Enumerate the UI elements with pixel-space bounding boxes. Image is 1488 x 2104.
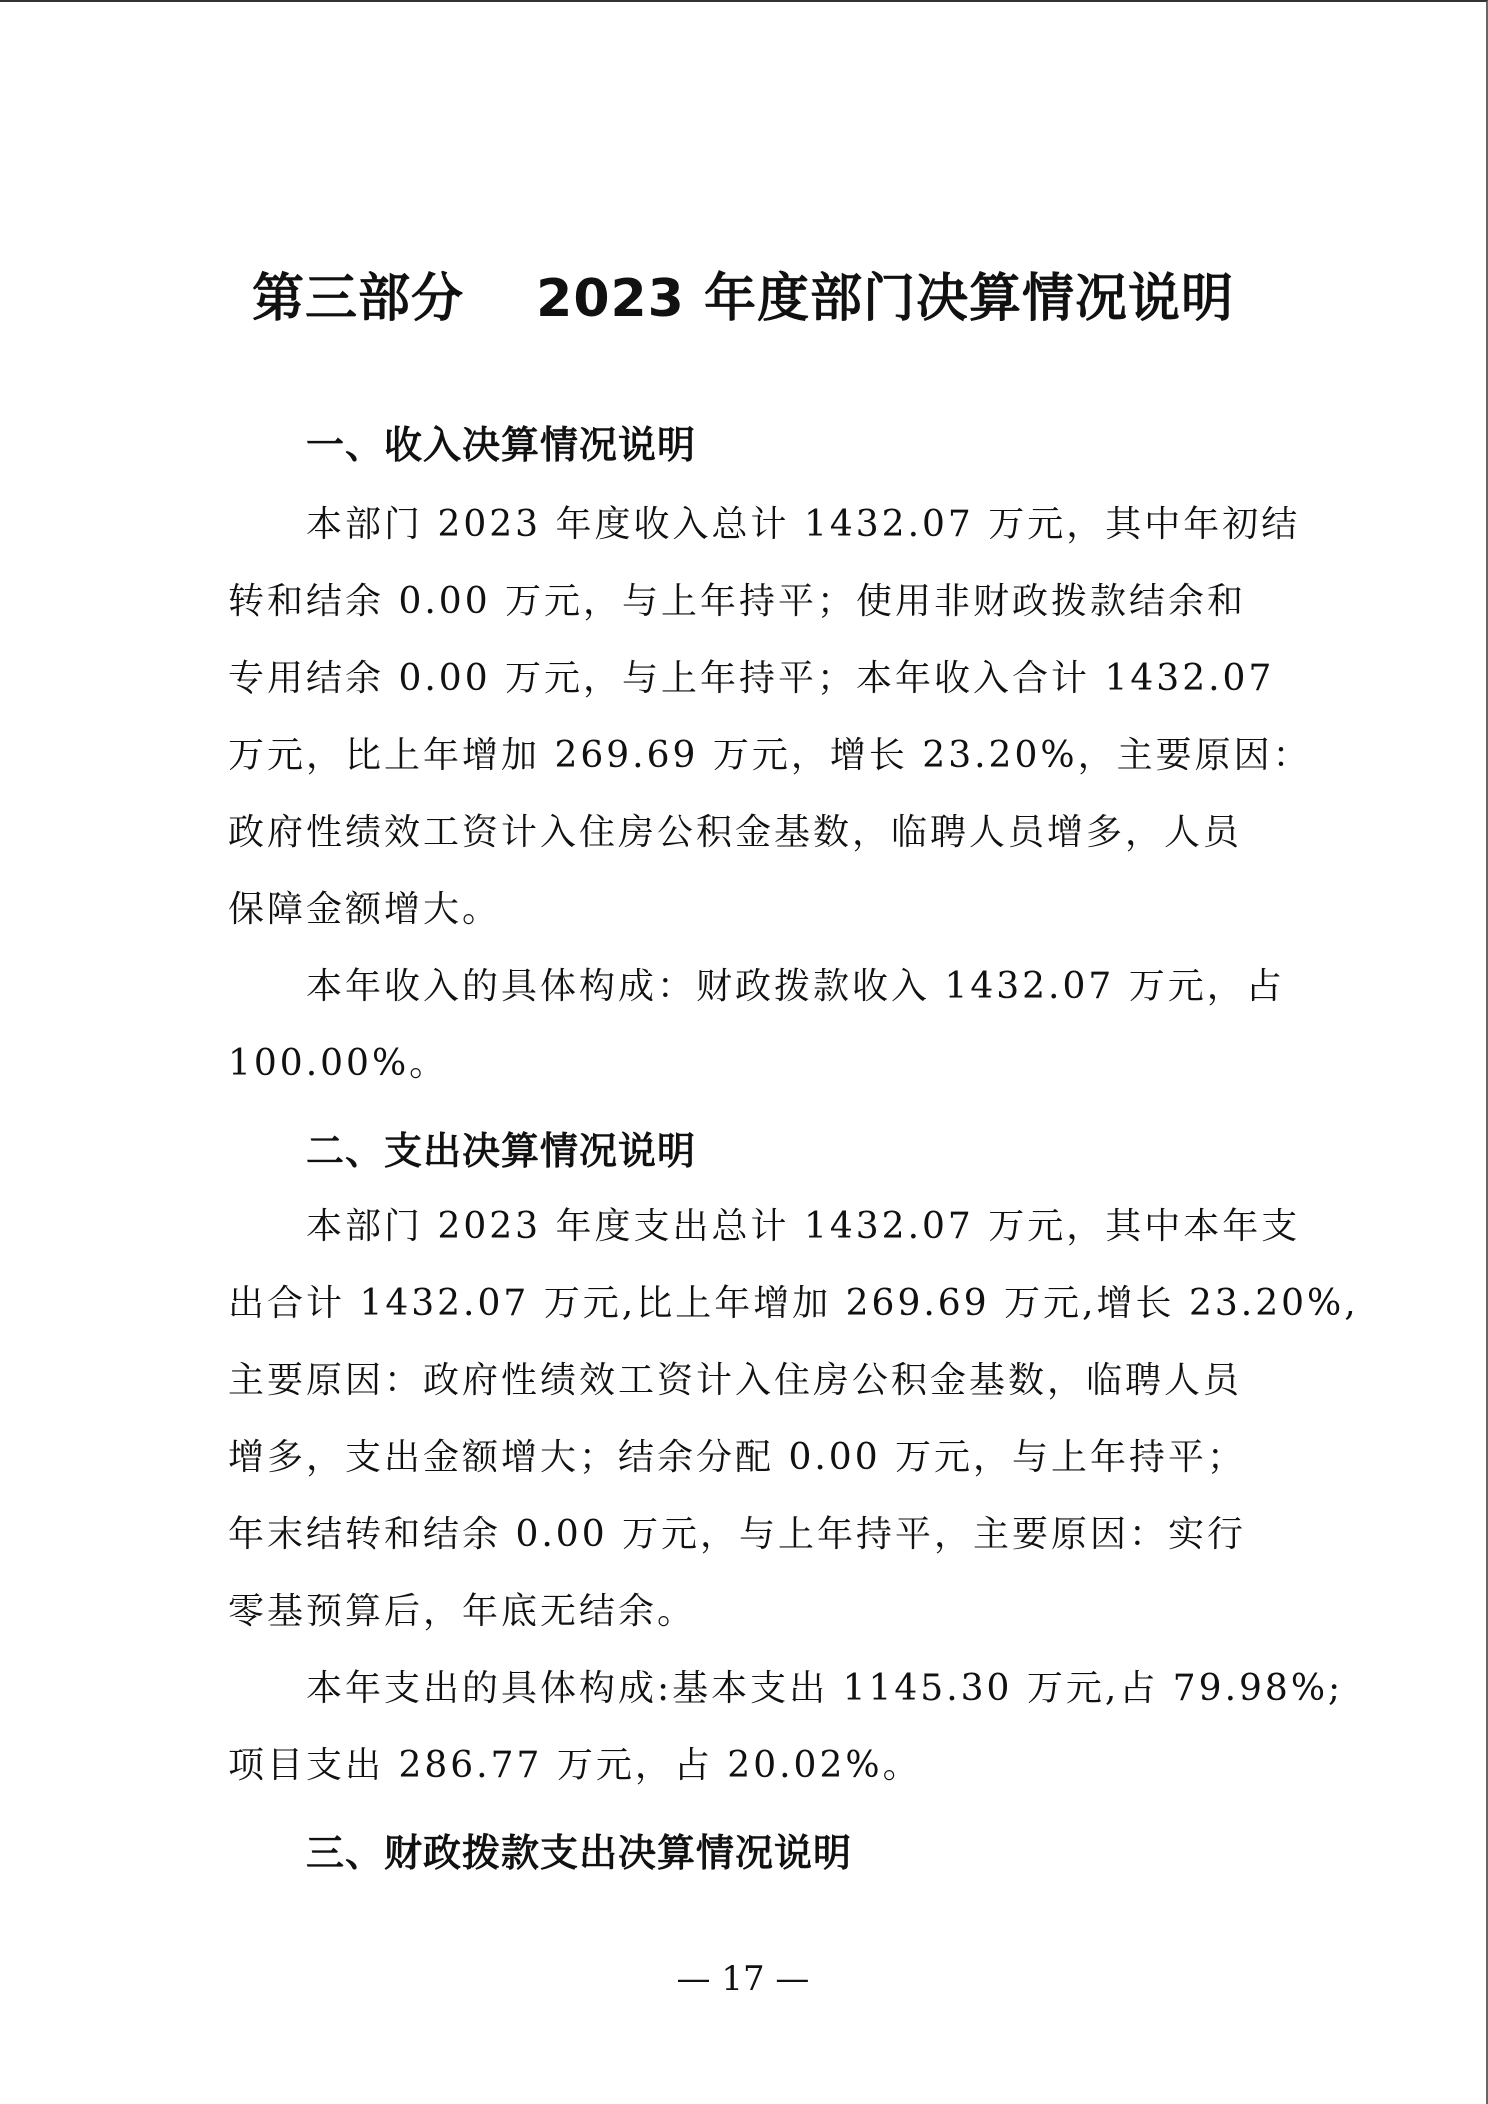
text-line: 本年支出的具体构成:基本支出 1145.30 万元,占 79.98%; bbox=[306, 1664, 1343, 1714]
section-heading-income: 一、收入决算情况说明 bbox=[306, 420, 696, 470]
text-line: 转和结余 0.00 万元，与上年持平；使用非财政拨款结余和 bbox=[228, 577, 1246, 627]
text-line: 万元，比上年增加 269.69 万元，增长 23.20%，主要原因： bbox=[228, 731, 1312, 781]
section-heading-expenditure: 二、支出决算情况说明 bbox=[306, 1126, 696, 1176]
text-line: 主要原因：政府性绩效工资计入住房公积金基数，临聘人员 bbox=[228, 1356, 1242, 1406]
text-line: 年末结转和结余 0.00 万元，与上年持平，主要原因：实行 bbox=[228, 1510, 1246, 1560]
text-line: 本年收入的具体构成：财政拨款收入 1432.07 万元，占 bbox=[306, 962, 1285, 1012]
text-line: 本部门 2023 年度支出总计 1432.07 万元，其中本年支 bbox=[306, 1202, 1300, 1252]
text-line: 项目支出 286.77 万元，占 20.02%。 bbox=[228, 1741, 922, 1791]
text-line: 政府性绩效工资计入住房公积金基数，临聘人员增多，人员 bbox=[228, 808, 1242, 858]
text-line: 零基预算后，年底无结余。 bbox=[228, 1587, 696, 1637]
text-line: 出合计 1432.07 万元,比上年增加 269.69 万元,增长 23.20%… bbox=[228, 1279, 1359, 1329]
text-line: 保障金额增大。 bbox=[228, 885, 501, 935]
text-line: 本部门 2023 年度收入总计 1432.07 万元，其中年初结 bbox=[306, 500, 1300, 550]
text-line: 专用结余 0.00 万元，与上年持平；本年收入合计 1432.07 bbox=[228, 654, 1274, 704]
document-page: 第三部分 2023 年度部门决算情况说明 一、收入决算情况说明 本部门 2023… bbox=[0, 0, 1488, 2104]
section-heading-fiscal-appropriation: 三、财政拨款支出决算情况说明 bbox=[306, 1828, 852, 1878]
page-number: — 17 — bbox=[0, 1957, 1486, 2001]
text-line: 增多，支出金额增大；结余分配 0.00 万元，与上年持平； bbox=[228, 1433, 1246, 1483]
text-line: 100.00%。 bbox=[228, 1039, 448, 1089]
page-title: 第三部分 2023 年度部门决算情况说明 bbox=[0, 264, 1486, 334]
